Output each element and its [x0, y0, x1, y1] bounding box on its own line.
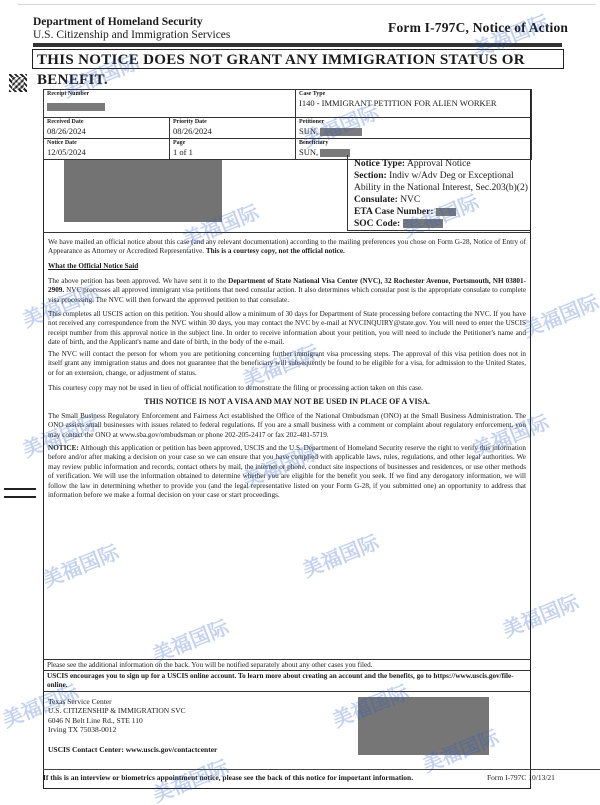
redacted-addressee-block — [64, 160, 222, 222]
case-type-cell: Case Type I140 - IMMIGRANT PETITION FOR … — [296, 90, 532, 118]
footer-rule — [43, 769, 600, 770]
courtesy-paragraph: This courtesy copy may not be used in li… — [48, 384, 526, 393]
consulate-value: NVC — [400, 195, 420, 205]
received-date-cell: Received Date 08/26/2024 — [44, 118, 170, 139]
status-banner: THIS NOTICE DOES NOT GRANT ANY IMMIGRATI… — [32, 49, 564, 69]
contact-center: USCIS Contact Center: www.uscis.gov/cont… — [48, 745, 217, 754]
section-heading: What the Official Notice Said — [48, 262, 526, 271]
redacted-petitioner-name — [320, 128, 362, 136]
service-center-address: Texas Service Center U.S. CITIZENSHIP & … — [48, 697, 186, 735]
priority-date-cell: Priority Date 08/26/2024 — [170, 118, 296, 139]
datamatrix-barcode-icon — [9, 74, 27, 92]
case-type-value: I140 - IMMIGRANT PETITION FOR ALIEN WORK… — [299, 98, 528, 108]
intro-paragraph: We have mailed an official notice about … — [48, 238, 526, 257]
redacted-recipient-address — [358, 697, 489, 755]
nvc-paragraph: This completes all USCIS action on this … — [48, 310, 526, 348]
status-paragraph: The NVC will contact the person for whom… — [48, 350, 526, 378]
approval-paragraph: The above petition has been approved. We… — [48, 277, 526, 305]
online-account-notice: USCIS encourages you to sign up for a US… — [43, 672, 531, 692]
notice-date-cell: Notice Date 12/05/2024 — [44, 139, 170, 160]
petitioner-cell: Petitioner SUN, — [296, 118, 532, 139]
redacted-receipt-number — [47, 103, 105, 111]
redacted-eta-number — [436, 208, 456, 216]
notice-details-box: Notice Type: Approval Notice Section: In… — [347, 155, 531, 231]
visa-warning: THIS NOTICE IS NOT A VISA AND MAY NOT BE… — [48, 397, 526, 406]
footnote: If this is an interview or biometrics ap… — [43, 773, 413, 782]
form-version: Form I-797C 10/13/21 — [487, 773, 555, 782]
ombudsman-paragraph: The Small Business Regulatory Enforcemen… — [48, 412, 526, 440]
notice-type-value: Approval Notice — [407, 159, 471, 169]
margin-mark — [4, 488, 36, 490]
header-rule — [33, 43, 562, 47]
margin-mark — [4, 496, 36, 498]
redacted-beneficiary-name — [320, 149, 350, 157]
redacted-soc-code — [403, 219, 443, 228]
additional-info-line: Please see the additional information on… — [43, 659, 531, 671]
form-title: Form I-797C, Notice of Action — [388, 20, 568, 36]
section-divider — [43, 232, 531, 233]
verification-notice-paragraph: NOTICE: Although this application or pet… — [48, 444, 526, 500]
department-name: Department of Homeland Security — [33, 16, 203, 28]
agency-name: U.S. Citizenship and Immigration Service… — [33, 29, 230, 41]
scan-edge — [18, 4, 596, 5]
receipt-number-cell: Receipt Number — [44, 90, 296, 118]
case-info-table: Receipt Number Case Type I140 - IMMIGRAN… — [43, 89, 532, 160]
page-cell: Page 1 of 1 — [170, 139, 296, 160]
